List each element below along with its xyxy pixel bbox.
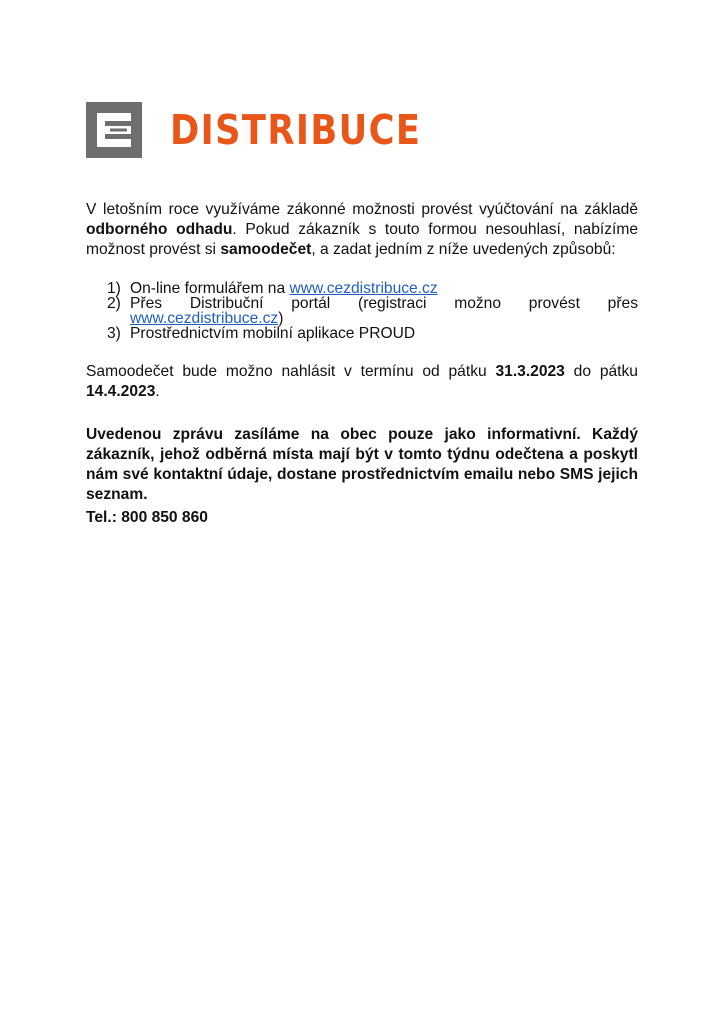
intro-bold-self-reading: samoodečet — [220, 241, 311, 258]
dates-text-2: do pátku — [565, 363, 638, 380]
method-number: 1) — [107, 281, 121, 296]
method-number: 2) — [107, 296, 121, 311]
notice-text: Uvedenou zprávu zasíláme na obec pouze j… — [86, 425, 638, 505]
dates-text-3: . — [155, 383, 159, 400]
intro-bold-estimate: odborného odhadu — [86, 221, 232, 238]
dates-paragraph: Samoodečet bude možno nahlásit v termínu… — [86, 362, 638, 402]
notice-paragraph: Uvedenou zprávu zasíláme na obec pouze j… — [86, 425, 638, 505]
company-logo: DISTRIBUCE — [86, 102, 142, 158]
method-item: 2) Přes Distribuční portál (registraci m… — [86, 296, 638, 326]
intro-text-1: V letošním roce využíváme zákonné možnos… — [86, 201, 638, 218]
phone-number: Tel.: 800 850 860 — [86, 508, 638, 528]
date-to: 14.4.2023 — [86, 383, 155, 400]
dates-text-1: Samoodečet bude možno nahlásit v termínu… — [86, 363, 495, 380]
intro-paragraph: V letošním roce využíváme zákonné možnos… — [86, 200, 638, 260]
methods-list: 1) On-line formulářem na www.cezdistribu… — [86, 281, 638, 341]
intro-text-3: , a zadat jedním z níže uvedených způsob… — [311, 241, 615, 258]
method-text: Prostřednictvím mobilní aplikace PROUD — [130, 325, 415, 342]
method-item: 3) Prostřednictvím mobilní aplikace PROU… — [86, 326, 638, 341]
method-number: 3) — [107, 326, 121, 341]
logo-wordmark: DISTRIBUCE — [170, 106, 421, 154]
date-from: 31.3.2023 — [495, 363, 564, 380]
cez-logo-mark-icon — [86, 102, 142, 158]
method-item: 1) On-line formulářem na www.cezdistribu… — [86, 281, 638, 296]
